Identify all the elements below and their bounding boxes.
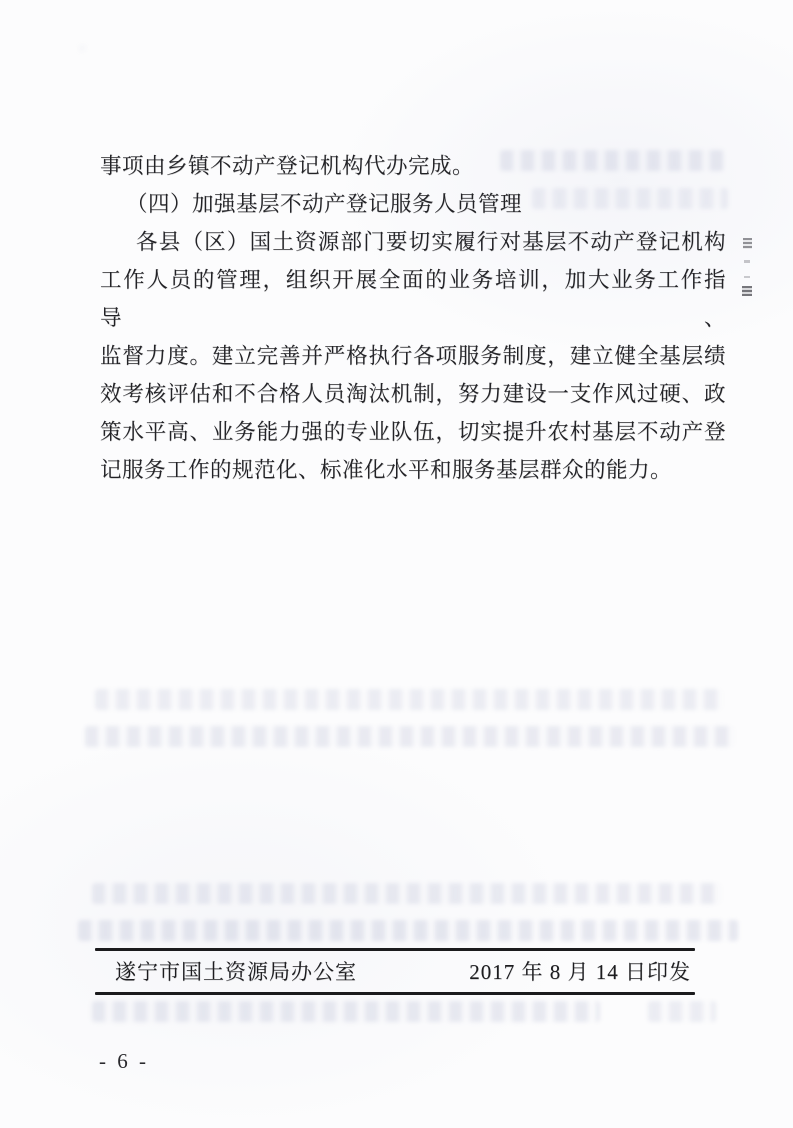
body-line: 记服务工作的规范化、标准化水平和服务基层群众的能力。 — [100, 451, 726, 489]
margin-mark — [742, 286, 752, 296]
bleed-through-text — [85, 726, 735, 747]
margin-mark — [744, 276, 750, 278]
corner-smudge — [80, 46, 126, 80]
body-line: 效考核评估和不合格人员淘汰机制，努力建设一支作风过硬、政 — [100, 375, 726, 413]
issuing-office: 遂宁市国土资源局办公室 — [115, 956, 357, 986]
body-line: 策水平高、业务能力强的专业队伍，切实提升农村基层不动产登 — [100, 413, 726, 451]
bleed-through-text — [95, 689, 723, 710]
colophon: 遂宁市国土资源局办公室 2017 年 8 月 14 日印发 — [95, 948, 695, 995]
bleed-through-text — [92, 1001, 600, 1022]
bleed-through-text — [78, 920, 738, 941]
margin-mark — [743, 238, 752, 249]
body-line: 工作人员的管理，组织开展全面的业务培训，加大业务工作指导、 — [100, 261, 726, 337]
body-line: 事项由乡镇不动产登记机构代办完成。 — [100, 147, 726, 185]
print-date: 2017 年 8 月 14 日印发 — [469, 956, 691, 986]
scanned-document-page: 事项由乡镇不动产登记机构代办完成。 （四）加强基层不动产登记服务人员管理 各县（… — [0, 0, 793, 1128]
bleed-through-text — [648, 1001, 716, 1022]
bleed-through-text — [92, 883, 722, 904]
body-line: 监督力度。建立完善并严格执行各项服务制度，建立健全基层绩 — [100, 337, 726, 375]
page-number: - 6 - — [99, 1049, 149, 1074]
colophon-bottom-rule — [95, 992, 695, 995]
document-body: 事项由乡镇不动产登记机构代办完成。 （四）加强基层不动产登记服务人员管理 各县（… — [100, 147, 726, 489]
margin-mark — [744, 260, 750, 263]
section-heading: （四）加强基层不动产登记服务人员管理 — [100, 185, 726, 223]
colophon-row: 遂宁市国土资源局办公室 2017 年 8 月 14 日印发 — [95, 951, 695, 992]
body-line: 各县（区）国土资源部门要切实履行对基层不动产登记机构 — [100, 223, 726, 261]
